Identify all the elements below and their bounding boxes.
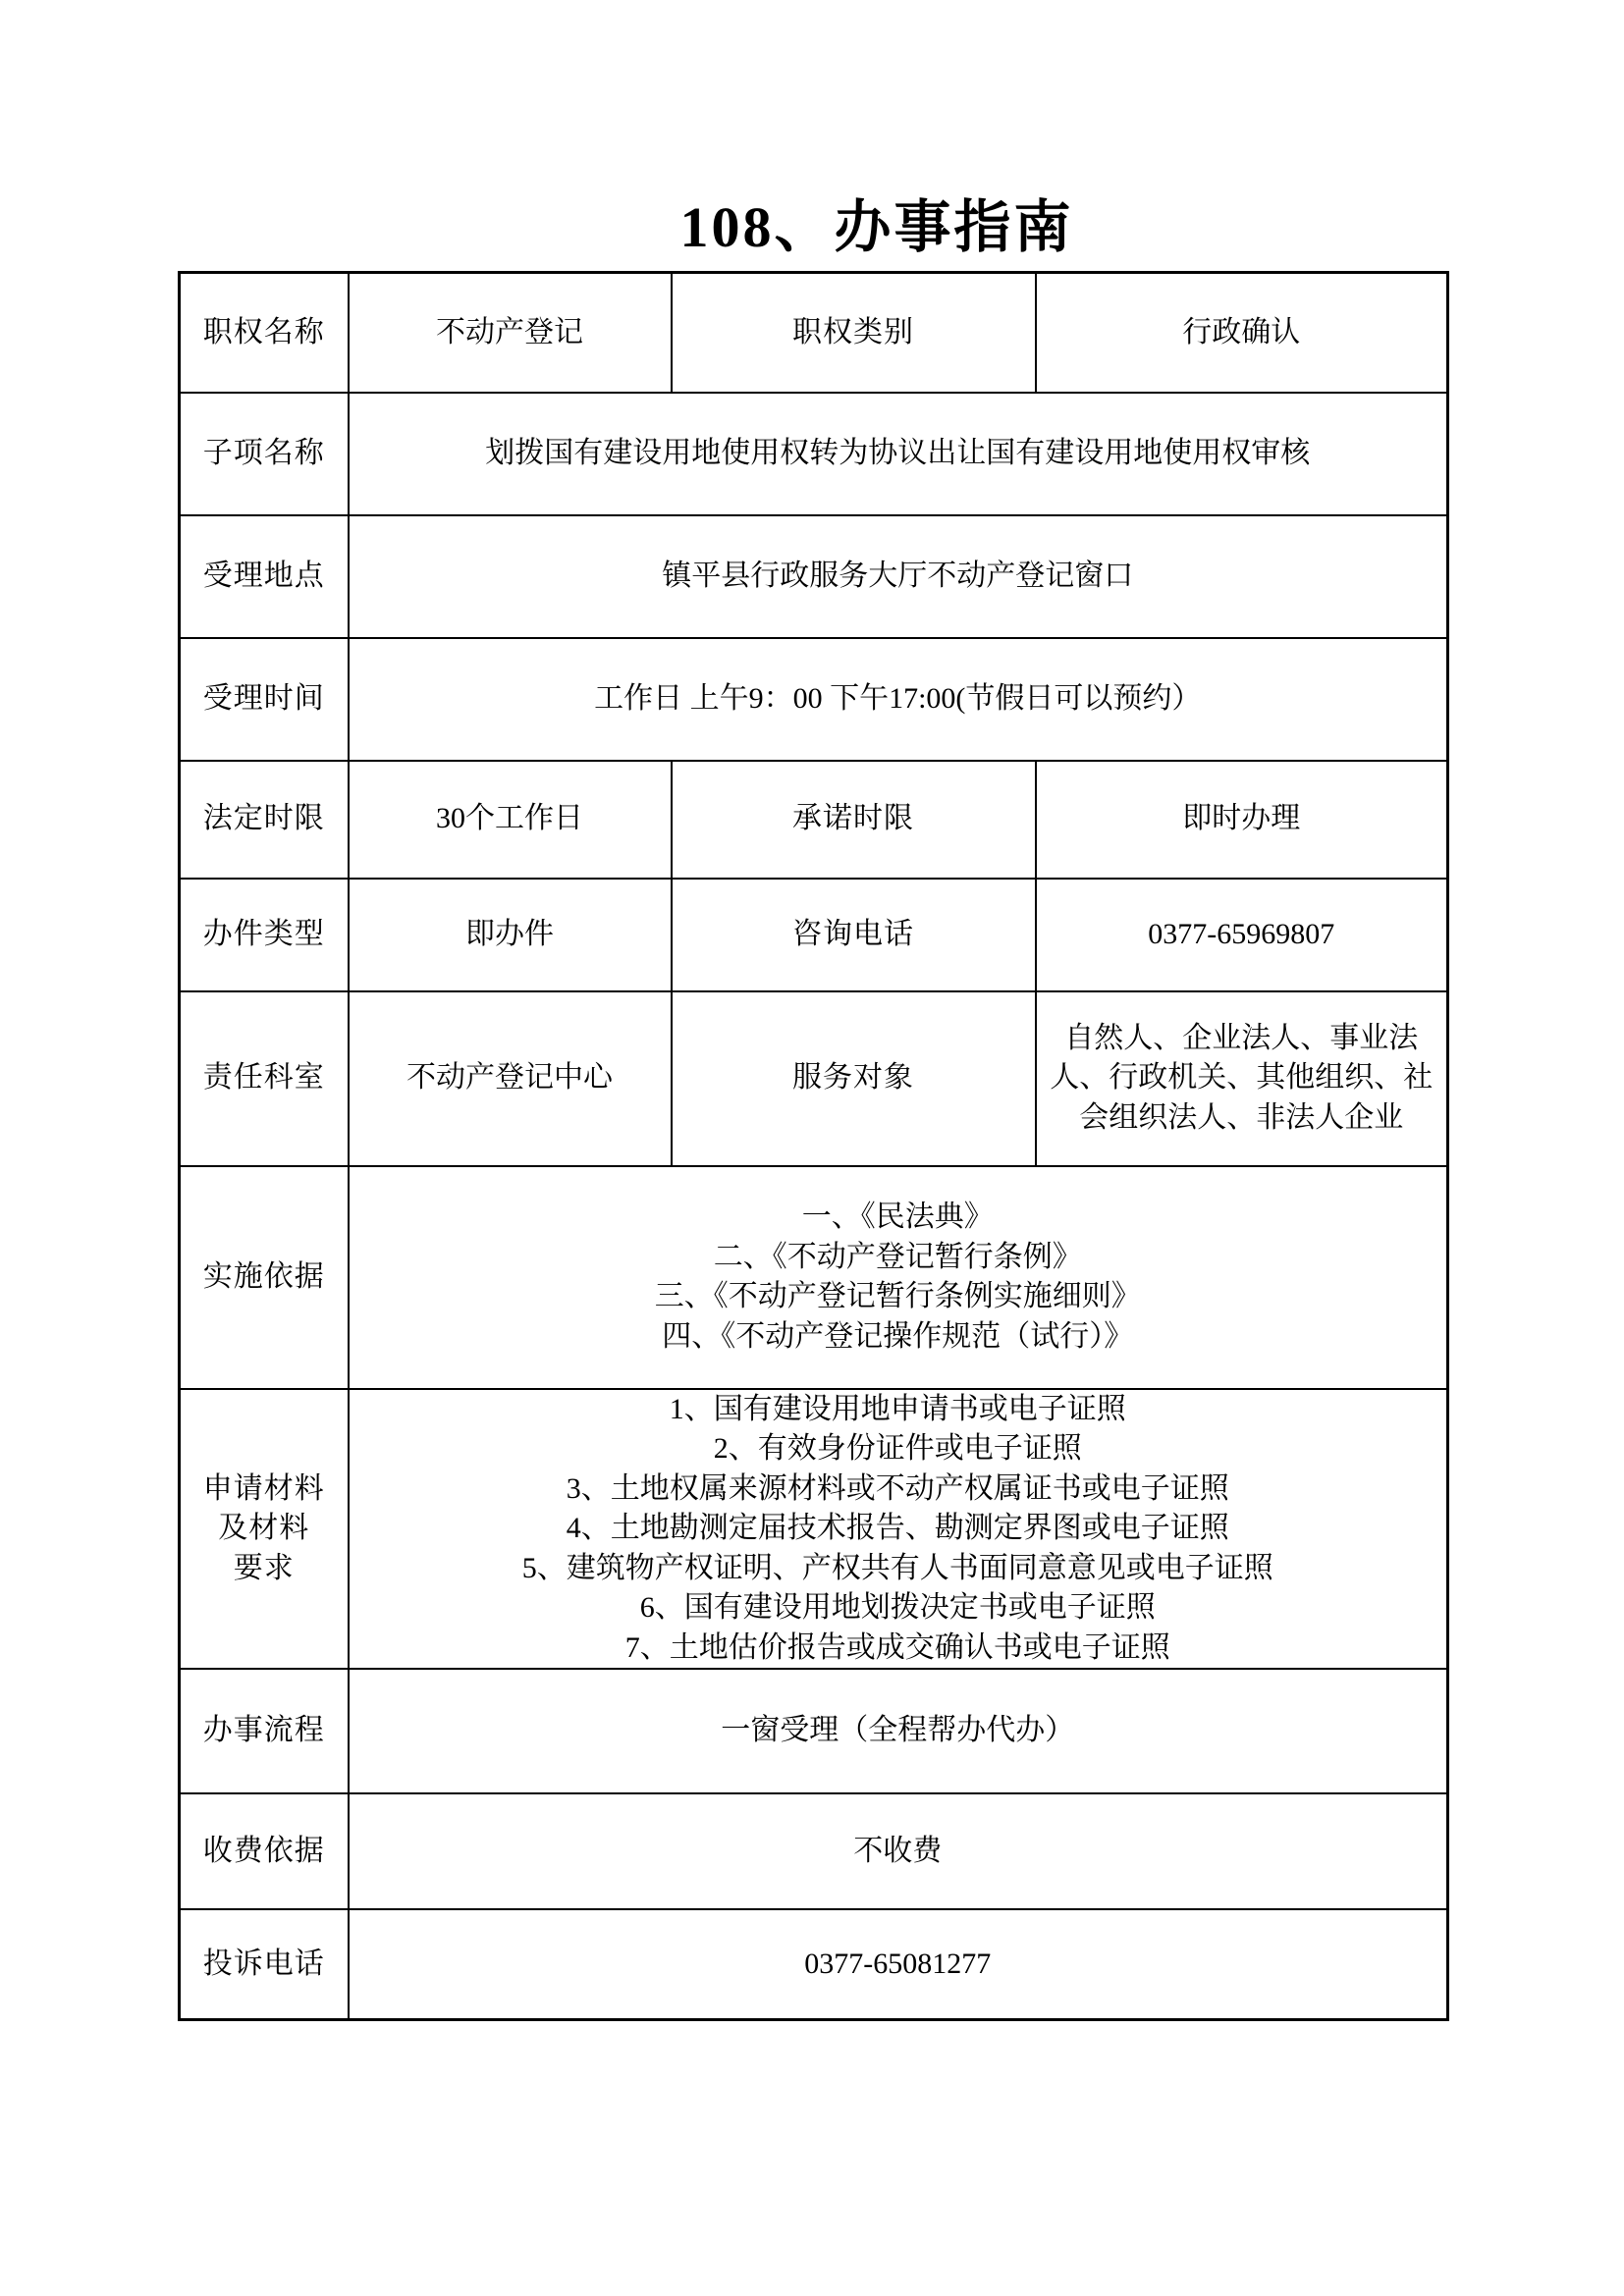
table-row: 子项名称 划拨国有建设用地使用权转为协议出让国有建设用地使用权审核 bbox=[180, 393, 1448, 515]
table-row: 职权名称 不动产登记 职权类别 行政确认 bbox=[180, 273, 1448, 393]
table-row: 受理时间 工作日 上午9：00 下午17:00(节假日可以预约） bbox=[180, 638, 1448, 761]
responsible-department-label: 责任科室 bbox=[180, 991, 349, 1166]
table-row: 收费依据 不收费 bbox=[180, 1793, 1448, 1909]
statutory-time-limit-label: 法定时限 bbox=[180, 761, 349, 879]
processing-type-label: 办件类型 bbox=[180, 879, 349, 991]
table-row: 责任科室 不动产登记中心 服务对象 自然人、企业法人、事业法人、行政机关、其他组… bbox=[180, 991, 1448, 1166]
implementation-basis-label: 实施依据 bbox=[180, 1166, 349, 1389]
table-row: 实施依据 一、《民法典》 二、《不动产登记暂行条例》 三、《不动产登记暂行条例实… bbox=[180, 1166, 1448, 1389]
service-target-value: 自然人、企业法人、事业法人、行政机关、其他组织、社会组织法人、非法人企业 bbox=[1036, 991, 1448, 1166]
fee-basis-value: 不收费 bbox=[349, 1793, 1448, 1909]
service-process-value: 一窗受理（全程帮办代办） bbox=[349, 1669, 1448, 1793]
table-row: 法定时限 30个工作日 承诺时限 即时办理 bbox=[180, 761, 1448, 879]
inquiry-phone-value: 0377-65969807 bbox=[1036, 879, 1448, 991]
inquiry-phone-label: 咨询电话 bbox=[672, 879, 1036, 991]
authority-type-label: 职权类别 bbox=[672, 273, 1036, 393]
table-row: 受理地点 镇平县行政服务大厅不动产登记窗口 bbox=[180, 515, 1448, 638]
acceptance-location-label: 受理地点 bbox=[180, 515, 349, 638]
application-materials-label: 申请材料 及材料 要求 bbox=[180, 1389, 349, 1670]
document-page: 108、办事指南 职权名称 不动产登记 职权类别 行政确认 子项名称 划拨国有建… bbox=[0, 0, 1624, 2296]
acceptance-location-value: 镇平县行政服务大厅不动产登记窗口 bbox=[349, 515, 1448, 638]
statutory-time-limit-value: 30个工作日 bbox=[349, 761, 672, 879]
promised-time-limit-label: 承诺时限 bbox=[672, 761, 1036, 879]
sub-item-name-label: 子项名称 bbox=[180, 393, 349, 515]
authority-type-value: 行政确认 bbox=[1036, 273, 1448, 393]
sub-item-name-value: 划拨国有建设用地使用权转为协议出让国有建设用地使用权审核 bbox=[349, 393, 1448, 515]
table-row: 办事流程 一窗受理（全程帮办代办） bbox=[180, 1669, 1448, 1793]
table-row: 办件类型 即办件 咨询电话 0377-65969807 bbox=[180, 879, 1448, 991]
authority-name-label: 职权名称 bbox=[180, 273, 349, 393]
service-guide-table: 职权名称 不动产登记 职权类别 行政确认 子项名称 划拨国有建设用地使用权转为协… bbox=[178, 271, 1449, 2021]
table-row: 投诉电话 0377-65081277 bbox=[180, 1909, 1448, 2019]
page-title: 108、办事指南 bbox=[243, 192, 1511, 263]
acceptance-time-value: 工作日 上午9：00 下午17:00(节假日可以预约） bbox=[349, 638, 1448, 761]
processing-type-value: 即办件 bbox=[349, 879, 672, 991]
implementation-basis-list: 一、《民法典》 二、《不动产登记暂行条例》 三、《不动产登记暂行条例实施细则》 … bbox=[349, 1166, 1448, 1389]
complaint-phone-value: 0377-65081277 bbox=[349, 1909, 1448, 2019]
complaint-phone-label: 投诉电话 bbox=[180, 1909, 349, 2019]
application-materials-list: 1、国有建设用地申请书或电子证照 2、有效身份证件或电子证照 3、土地权属来源材… bbox=[349, 1389, 1448, 1670]
authority-name-value: 不动产登记 bbox=[349, 273, 672, 393]
table-row: 申请材料 及材料 要求 1、国有建设用地申请书或电子证照 2、有效身份证件或电子… bbox=[180, 1389, 1448, 1670]
responsible-department-value: 不动产登记中心 bbox=[349, 991, 672, 1166]
service-target-label: 服务对象 bbox=[672, 991, 1036, 1166]
acceptance-time-label: 受理时间 bbox=[180, 638, 349, 761]
fee-basis-label: 收费依据 bbox=[180, 1793, 349, 1909]
service-process-label: 办事流程 bbox=[180, 1669, 349, 1793]
promised-time-limit-value: 即时办理 bbox=[1036, 761, 1448, 879]
